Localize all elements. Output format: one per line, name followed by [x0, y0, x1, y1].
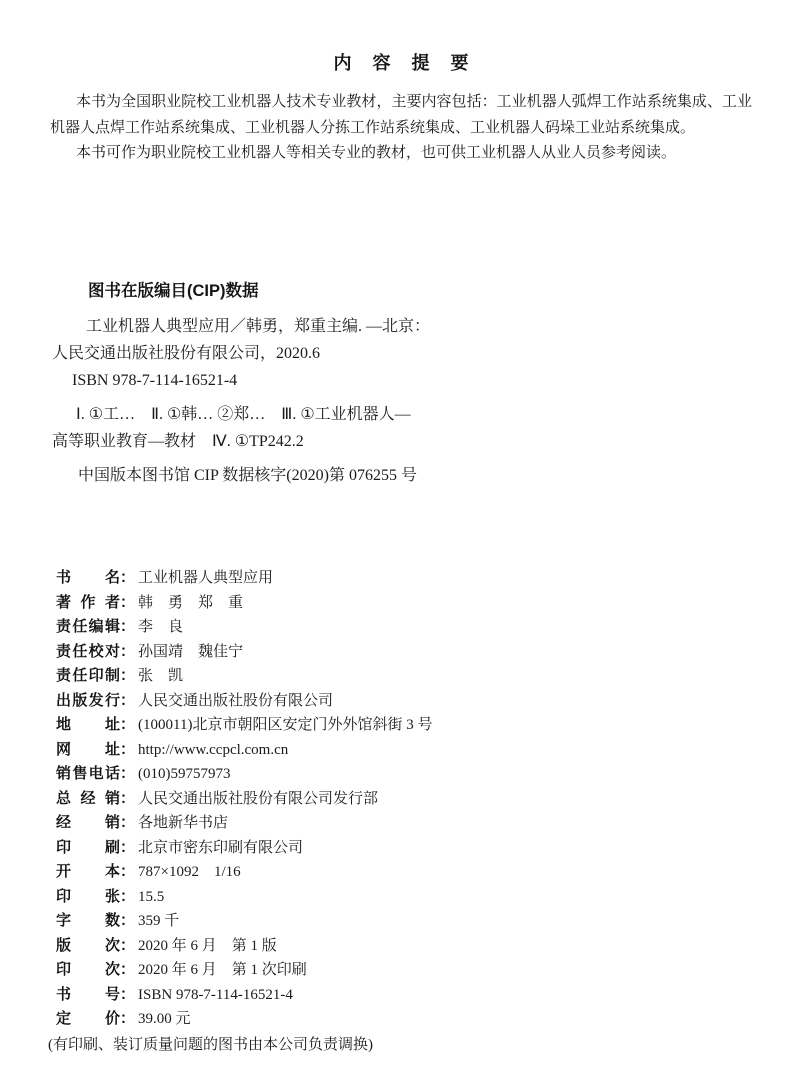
colophon-colon: ：	[120, 811, 135, 835]
colophon-value: 39.00 元	[138, 1008, 746, 1032]
colophon-colon: ：	[120, 787, 135, 811]
cip-data-section: 图书在版编目(CIP)数据 工业机器人典型应用／韩勇，郑重主编. —北京： 人民…	[52, 278, 742, 489]
colophon-row-publisher: 出版发行：人民交通出版社股份有限公司	[56, 689, 746, 714]
colophon-label: 版次	[56, 934, 120, 958]
colophon-value: 人民交通出版社股份有限公司发行部	[138, 788, 746, 812]
colophon-colon: ：	[120, 738, 135, 762]
colophon-colon: ：	[120, 983, 135, 1007]
colophon-value: (100011)北京市朝阳区安定门外外馆斜街 3 号	[138, 714, 746, 738]
colophon-value: (010)59757973	[138, 763, 746, 787]
colophon-label: 开本	[56, 860, 120, 884]
colophon-row-word-count: 字数：359 千	[56, 909, 746, 934]
colophon-row-sheets: 印张：15.5	[56, 885, 746, 910]
colophon-row-format: 开本：787×1092 1/16	[56, 860, 746, 885]
colophon-row-website: 网址：http://www.ccpcl.com.cn	[56, 738, 746, 763]
cip-title-line: 工业机器人典型应用／韩勇，郑重主编. —北京：	[52, 313, 742, 340]
cip-classification-line-1: Ⅰ. ①工… Ⅱ. ①韩… ②郑… Ⅲ. ①工业机器人—	[52, 401, 742, 428]
colophon-label: 责任编辑	[56, 615, 120, 639]
colophon-value: 2020 年 6 月 第 1 版	[138, 935, 746, 959]
summary-title: 内 容 提 要	[50, 50, 752, 76]
colophon-value: 787×1092 1/16	[138, 861, 746, 885]
colophon-value: http://www.ccpcl.com.cn	[138, 739, 746, 763]
colophon-value: 北京市密东印刷有限公司	[138, 837, 746, 861]
colophon-row-general-distributor: 总经销：人民交通出版社股份有限公司发行部	[56, 787, 746, 812]
colophon-label: 责任校对	[56, 640, 120, 664]
colophon-value: ISBN 978-7-114-16521-4	[138, 984, 746, 1008]
colophon-value: 2020 年 6 月 第 1 次印刷	[138, 959, 746, 983]
cip-registry-line: 中国版本图书馆 CIP 数据核字(2020)第 076255 号	[52, 462, 742, 489]
colophon-colon: ：	[120, 664, 135, 688]
colophon-label: 责任印制	[56, 664, 120, 688]
colophon-row-address: 地址：(100011)北京市朝阳区安定门外外馆斜街 3 号	[56, 713, 746, 738]
colophon-row-impression: 印次：2020 年 6 月 第 1 次印刷	[56, 958, 746, 983]
colophon-value: 韩 勇 郑 重	[138, 592, 746, 616]
colophon-colon: ：	[120, 836, 135, 860]
colophon-value: 张 凯	[138, 665, 746, 689]
colophon-colon: ：	[120, 934, 135, 958]
colophon-value: 15.5	[138, 886, 746, 910]
summary-paragraph-2: 本书可作为职业院校工业机器人等相关专业的教材，也可供工业机器人从业人员参考阅读。	[50, 141, 752, 167]
colophon-row-print-supervisor: 责任印制：张 凯	[56, 664, 746, 689]
colophon-label: 书号	[56, 983, 120, 1007]
colophon-label: 网址	[56, 738, 120, 762]
colophon-row-printer: 印刷：北京市密东印刷有限公司	[56, 836, 746, 861]
colophon-colon: ：	[120, 591, 135, 615]
colophon-row-price: 定价：39.00 元	[56, 1007, 746, 1032]
colophon-label: 著作者	[56, 591, 120, 615]
colophon-label: 地址	[56, 713, 120, 737]
colophon-label: 字数	[56, 909, 120, 933]
colophon-colon: ：	[120, 566, 135, 590]
content-summary-section: 内 容 提 要 本书为全国职业院校工业机器人技术专业教材，主要内容包括：工业机器…	[50, 50, 752, 167]
colophon-value: 李 良	[138, 616, 746, 640]
cip-classification-line-2: 高等职业教育—教材 Ⅳ. ①TP242.2	[52, 428, 742, 455]
colophon-colon: ：	[120, 885, 135, 909]
colophon-colon: ：	[120, 713, 135, 737]
colophon-colon: ：	[120, 615, 135, 639]
colophon-label: 印次	[56, 958, 120, 982]
colophon-row-distributor: 经销：各地新华书店	[56, 811, 746, 836]
colophon-row-proofreaders: 责任校对：孙国靖 魏佳宁	[56, 640, 746, 665]
cip-isbn-line: ISBN 978-7-114-16521-4	[52, 367, 742, 394]
colophon-label: 经销	[56, 811, 120, 835]
colophon-colon: ：	[120, 640, 135, 664]
cip-publisher-line: 人民交通出版社股份有限公司，2020.6	[52, 340, 742, 367]
colophon-colon: ：	[120, 762, 135, 786]
cip-heading: 图书在版编目(CIP)数据	[52, 278, 742, 305]
colophon-row-editor: 责任编辑：李 良	[56, 615, 746, 640]
colophon-colon: ：	[120, 909, 135, 933]
colophon-value: 孙国靖 魏佳宁	[138, 641, 746, 665]
colophon-label: 印刷	[56, 836, 120, 860]
colophon-row-edition: 版次：2020 年 6 月 第 1 版	[56, 934, 746, 959]
colophon-value: 工业机器人典型应用	[138, 567, 746, 591]
colophon-colon: ：	[120, 958, 135, 982]
colophon-colon: ：	[120, 689, 135, 713]
colophon-row-book-title: 书名：工业机器人典型应用	[56, 566, 746, 591]
quality-note: (有印刷、装订质量问题的图书由本公司负责调换)	[48, 1034, 746, 1058]
colophon-label: 印张	[56, 885, 120, 909]
colophon-label: 定价	[56, 1007, 120, 1031]
colophon-colon: ：	[120, 860, 135, 884]
summary-paragraph-1: 本书为全国职业院校工业机器人技术专业教材，主要内容包括：工业机器人弧焊工作站系统…	[50, 90, 752, 141]
colophon-colon: ：	[120, 1007, 135, 1031]
colophon-row-sales-phone: 销售电话：(010)59757973	[56, 762, 746, 787]
colophon-value: 各地新华书店	[138, 812, 746, 836]
colophon-row-isbn: 书号：ISBN 978-7-114-16521-4	[56, 983, 746, 1008]
colophon-label: 销售电话	[56, 762, 120, 786]
colophon-value: 359 千	[138, 910, 746, 934]
colophon-section: 书名：工业机器人典型应用 著作者：韩 勇 郑 重 责任编辑：李 良 责任校对：孙…	[56, 566, 746, 1057]
colophon-label: 书名	[56, 566, 120, 590]
colophon-row-authors: 著作者：韩 勇 郑 重	[56, 591, 746, 616]
colophon-label: 出版发行	[56, 689, 120, 713]
colophon-label: 总经销	[56, 787, 120, 811]
copyright-page: 内 容 提 要 本书为全国职业院校工业机器人技术专业教材，主要内容包括：工业机器…	[0, 0, 790, 1091]
colophon-value: 人民交通出版社股份有限公司	[138, 690, 746, 714]
